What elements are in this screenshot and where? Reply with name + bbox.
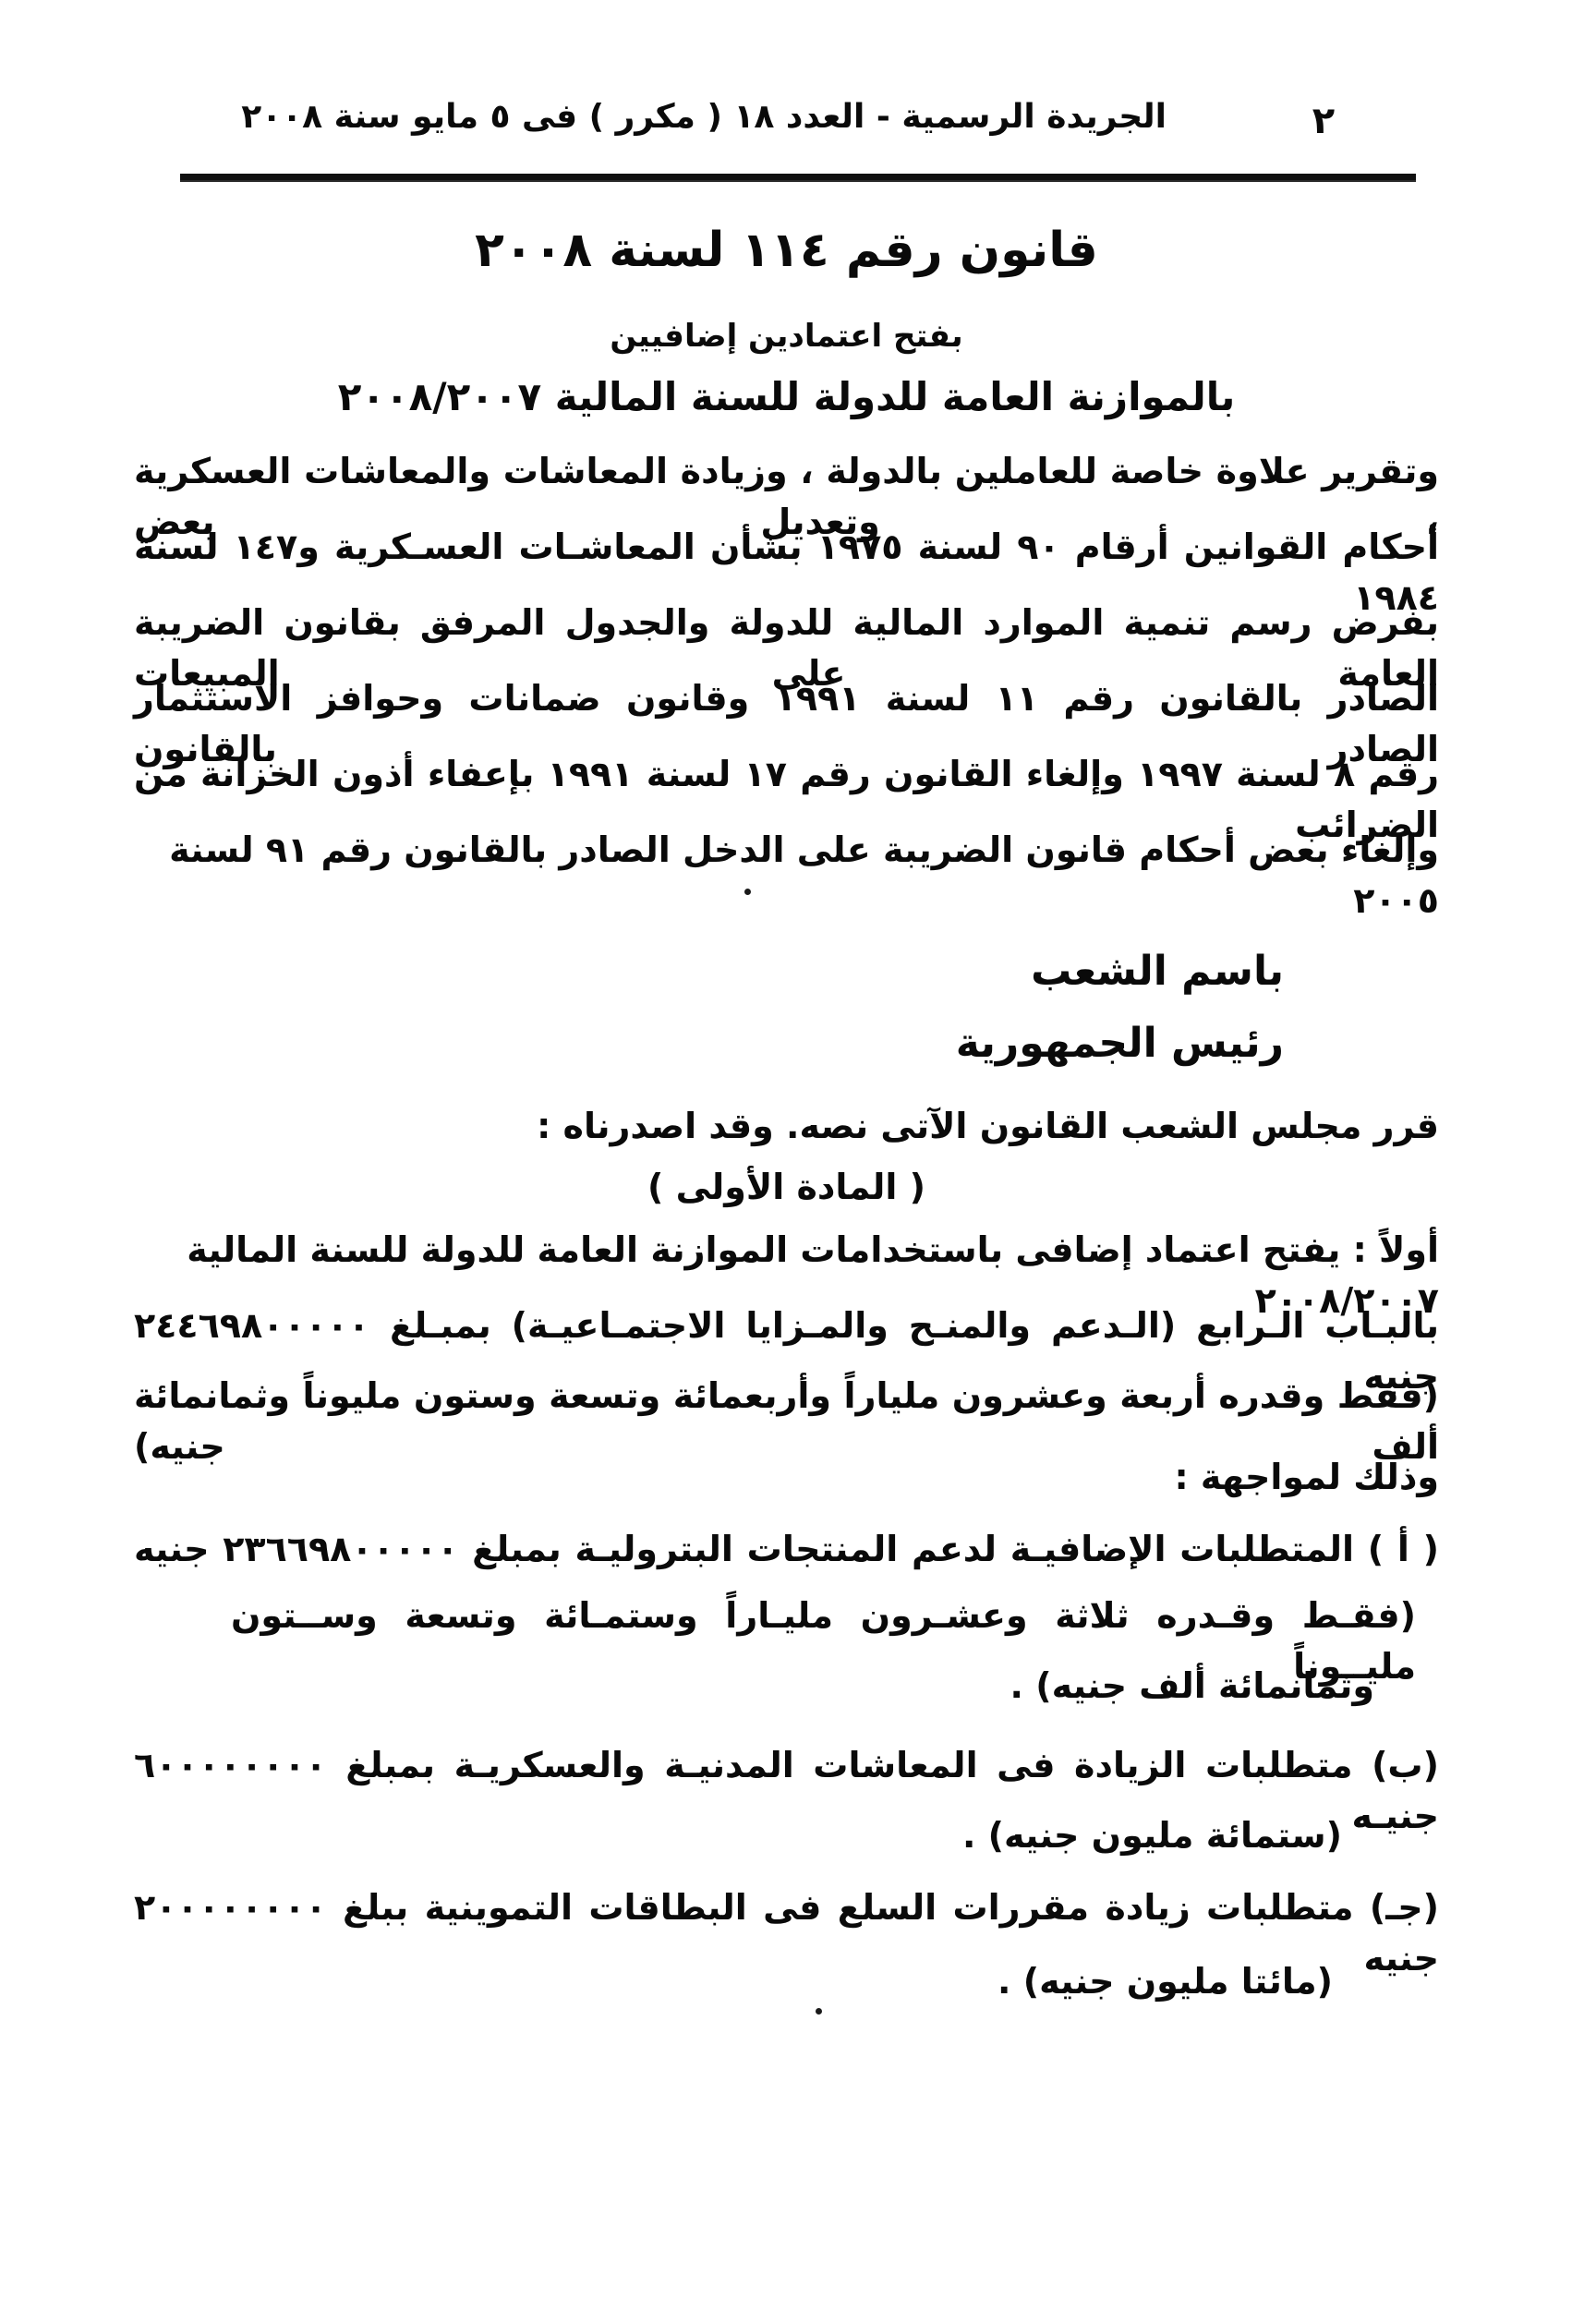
scan-speck [816, 2008, 822, 2015]
scan-speck [744, 889, 751, 895]
law-purpose-subtitle: بفتح اعتمادين إضافيين [134, 314, 1439, 359]
law-budget-subtitle: بالموازنة العامة للدولة للسنة المالية ٢٠… [134, 369, 1439, 426]
item-a-line-3: وثمانمائة ألف جنيه) . [134, 1661, 1374, 1712]
gazette-header-title: الجريدة الرسمية - العدد ١٨ ( مكرر ) فى ٥… [314, 98, 1167, 136]
item-a-line-1: ( أ ) المتطلبات الإضافيـة لدعم المنتجات … [134, 1524, 1439, 1575]
item-c-line-2: (مائتا مليون جنيه) . [134, 1956, 1333, 2007]
enactment-line: قرر مجلس الشعب القانون الآتى نصه. وقد اص… [134, 1101, 1439, 1152]
header-divider-rule [180, 174, 1416, 182]
article-one-heading: ( المادة الأولى ) [134, 1162, 1439, 1213]
gazette-scanned-page: الجريدة الرسمية - العدد ١٨ ( مكرر ) فى ٥… [0, 0, 1596, 2299]
preamble-line-6: وإلغاء بعض أحكام قانون الضريبة على الدخل… [134, 825, 1439, 926]
president-of-republic: رئيس الجمهورية [956, 1020, 1284, 1067]
page-number: ٢ [1291, 100, 1356, 142]
item-b-line-2: (ستمائة مليون جنيه) . [134, 1810, 1342, 1861]
in-the-name-of-the-people: باسم الشعب [1031, 948, 1284, 995]
law-title: قانون رقم ١١٤ لسنة ٢٠٠٨ [134, 216, 1439, 285]
purpose-intro-line: وذلك لمواجهة : [134, 1452, 1439, 1503]
